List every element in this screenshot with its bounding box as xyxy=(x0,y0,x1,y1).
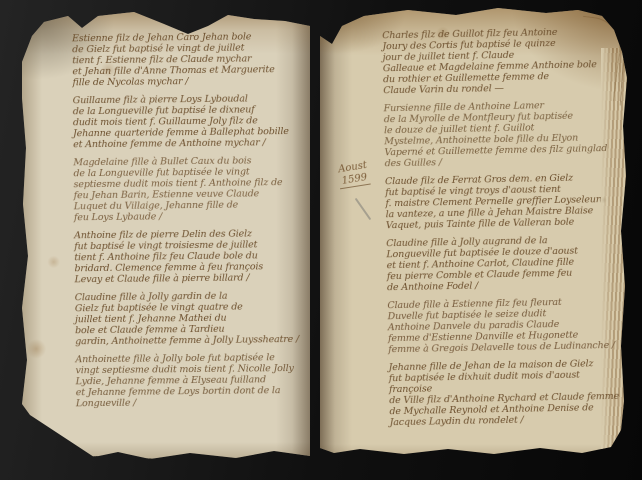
manuscript-entry: Jehanne fille de Jehan de la maison de G… xyxy=(389,358,624,428)
left-page-text: Estienne filz de Jehan Caro Jehan bole d… xyxy=(72,31,318,417)
margin-date-note: Aoust 1599 xyxy=(336,160,371,190)
manuscript-entry: Estienne filz de Jehan Caro Jehan bole d… xyxy=(72,31,315,89)
torn-edge-chip xyxy=(218,457,248,463)
manuscript-entry: Anthoinette fille à Jolly bole fut bapti… xyxy=(75,352,318,410)
manuscript-entry: Fursienne fille de Anthoine Lamer de la … xyxy=(384,99,619,169)
manuscript-entry: Charles filz de Guillot filz feu Antoine… xyxy=(382,26,617,96)
manuscript-entry: Claude filz de Ferrat Gros dem. en Gielz… xyxy=(385,172,620,231)
manuscript-entry: Claudine fille à Jolly augrand de la Lon… xyxy=(386,234,621,293)
torn-edge-chip xyxy=(82,455,116,463)
right-page-text: Charles filz de Guillot filz feu Antoine… xyxy=(382,26,624,435)
pencil-mark xyxy=(355,198,372,220)
manuscript-entry: Claudine fille à Jolly gardin de la Giel… xyxy=(75,290,318,348)
torn-edge-chip xyxy=(142,458,188,465)
manuscript-entry: Magdelaine fille à Bullet Caux du bois d… xyxy=(73,155,316,224)
manuscript-entry: Claude fille à Estienne filz feu fleurat… xyxy=(387,296,622,355)
right-page: Aoust 1599 Charles filz de Guillot filz … xyxy=(320,6,627,466)
manuscript-scan: Estienne filz de Jehan Caro Jehan bole d… xyxy=(0,0,642,480)
left-page: Estienne filz de Jehan Caro Jehan bole d… xyxy=(22,10,310,468)
manuscript-entry: Anthoine filz de pierre Delin des Gielz … xyxy=(74,228,317,286)
manuscript-entry: Guillaume filz à pierre Loys Lyboudal de… xyxy=(73,93,316,151)
